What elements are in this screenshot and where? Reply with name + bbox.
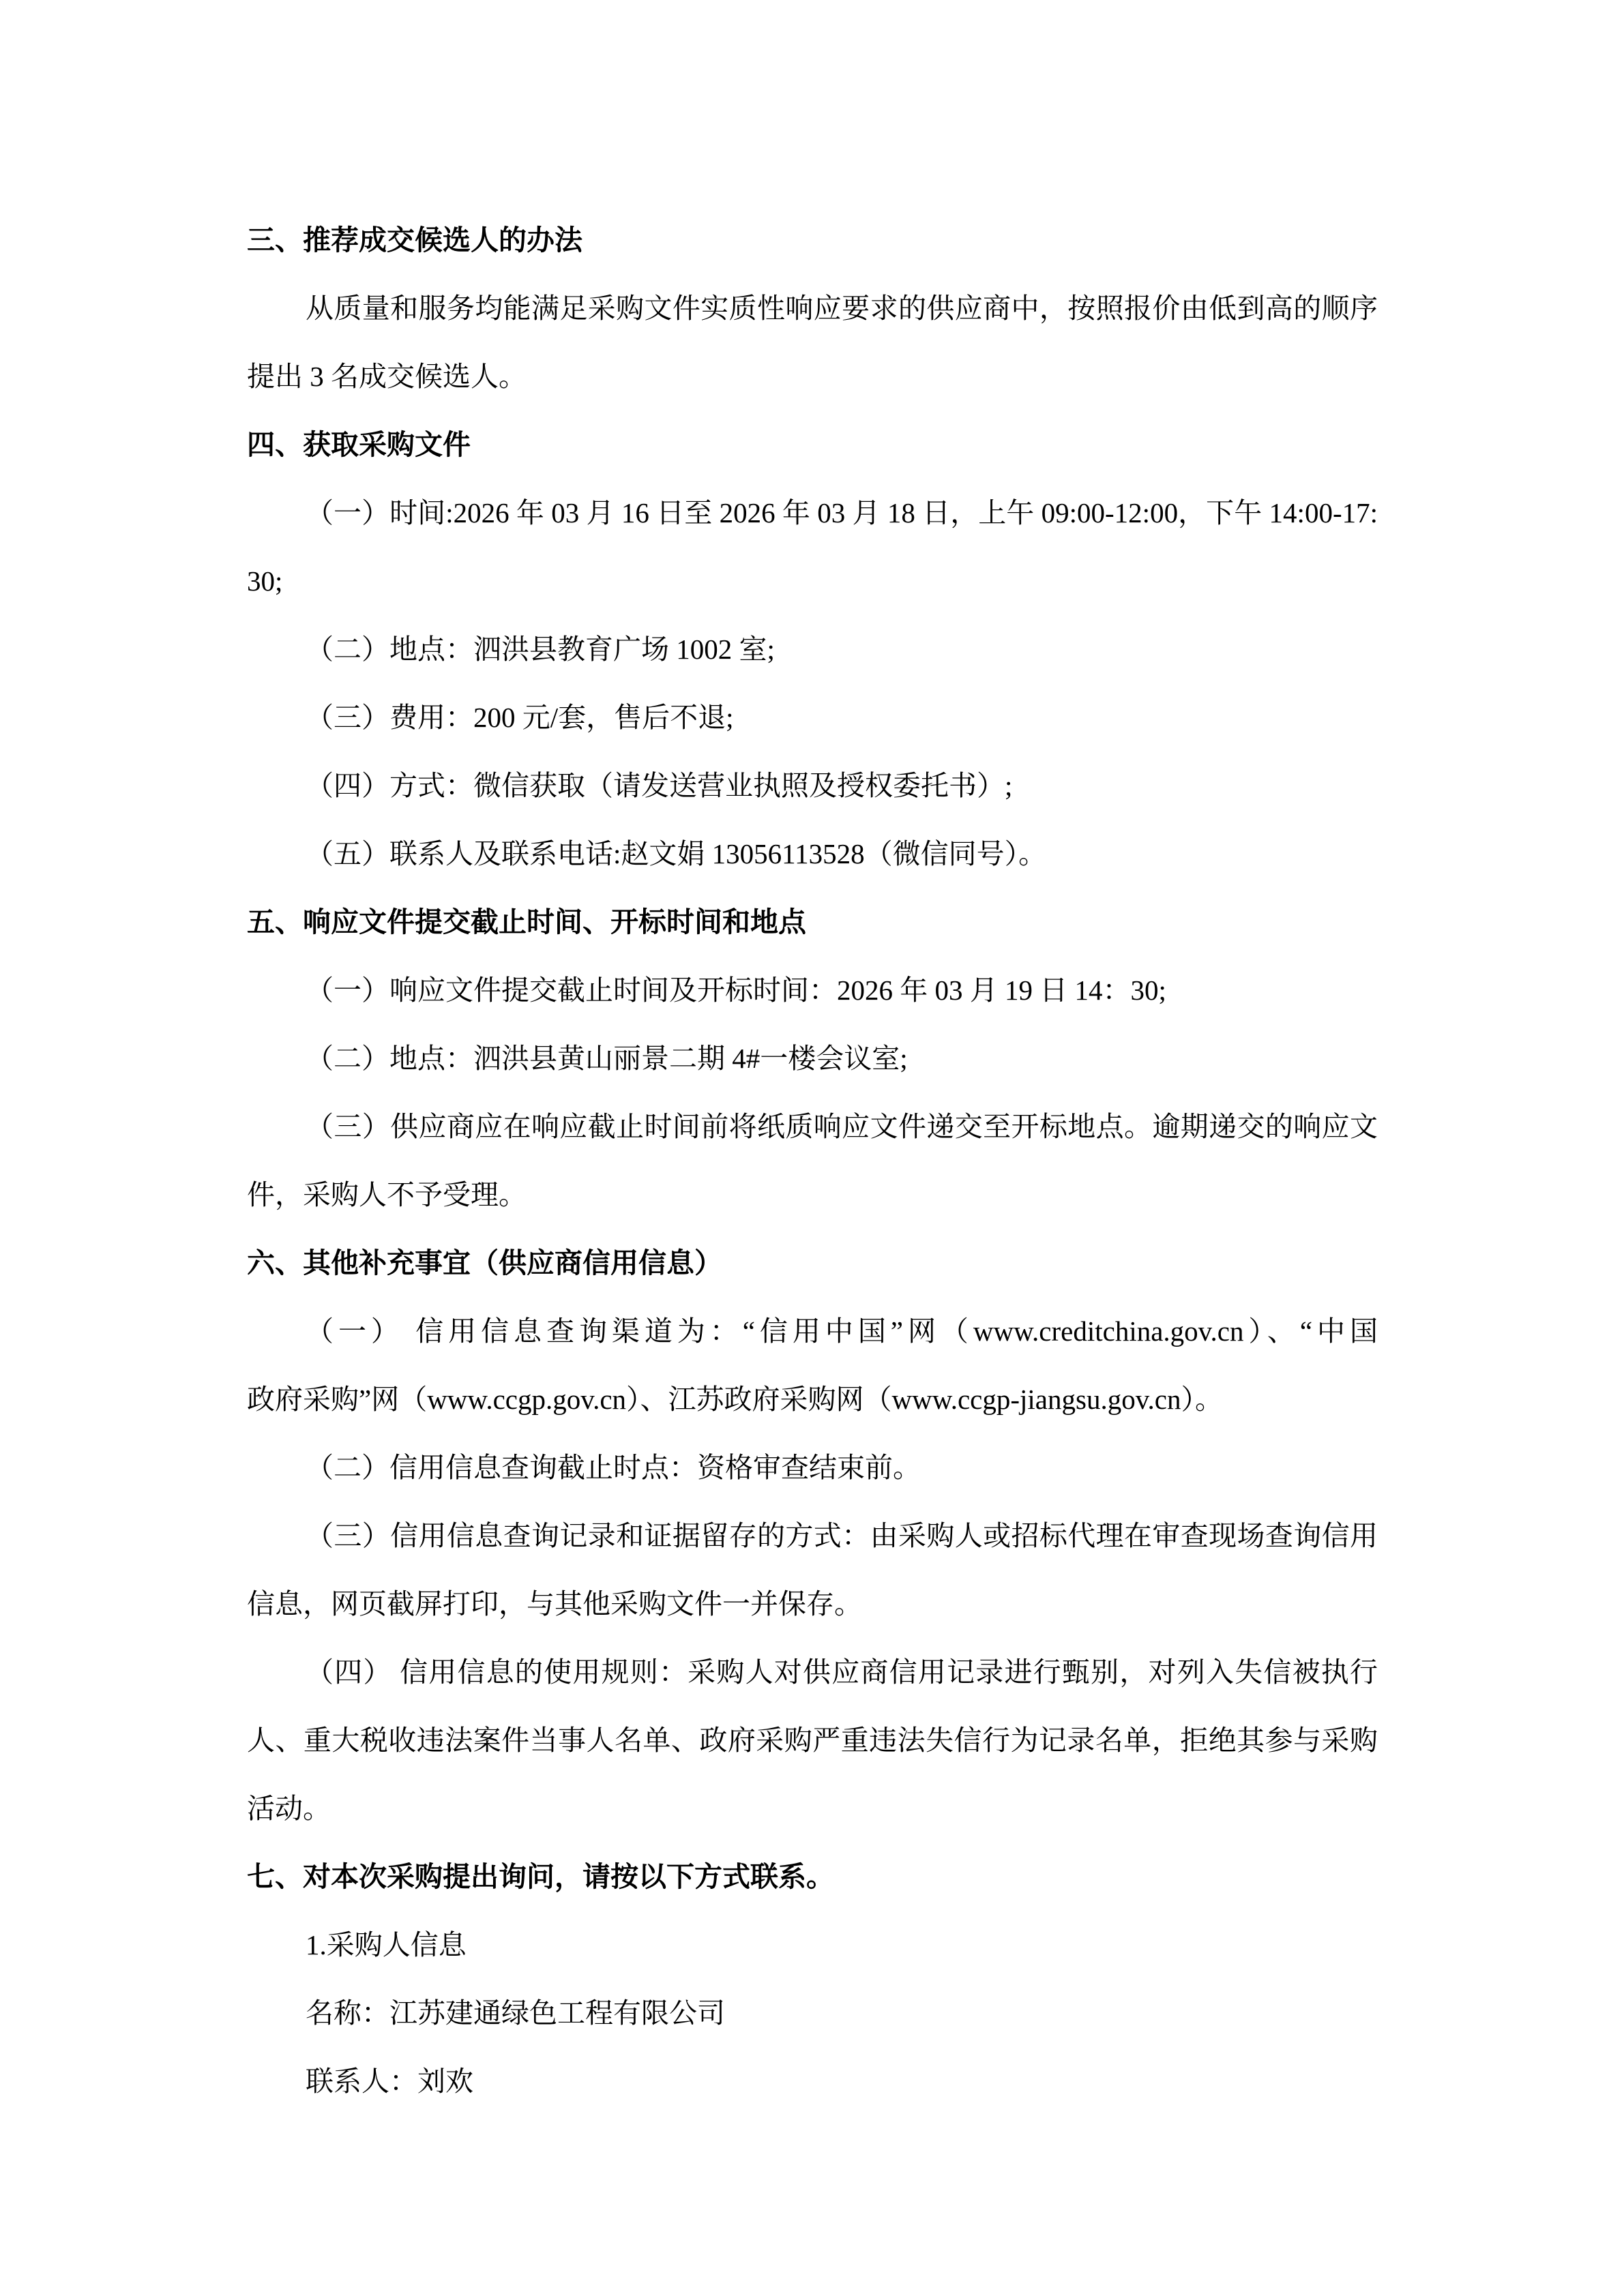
doc-line: （二）地点：泗洪县黄山丽景二期 4#一楼会议室;: [247, 1024, 1378, 1092]
doc-line: （四） 信用信息的使用规则：采购人对供应商信用记录进行甄别，对列入失信被执行: [247, 1638, 1378, 1706]
doc-line: 名称：江苏建通绿色工程有限公司: [247, 1979, 1378, 2047]
doc-line: 人、重大税收违法案件当事人名单、政府采购严重违法失信行为记录名单，拒绝其参与采购: [247, 1706, 1378, 1774]
doc-line: 提出 3 名成交候选人。: [247, 342, 1378, 411]
doc-line: （一） 信用信息查询渠道为：“信用中国”网（www.creditchina.go…: [247, 1297, 1378, 1365]
doc-line: （五）联系人及联系电话:赵文娟 13056113528（微信同号）。: [247, 820, 1378, 888]
doc-line: 活动。: [247, 1774, 1378, 1843]
doc-line: （二）地点：泗洪县教育广场 1002 室;: [247, 615, 1378, 683]
doc-line: 1.采购人信息: [247, 1911, 1378, 1979]
doc-line: （三）费用：200 元/套，售后不退;: [247, 683, 1378, 751]
section-heading: 四、获取采购文件: [247, 411, 1378, 479]
section-heading: 六、其他补充事宜（供应商信用信息）: [247, 1229, 1378, 1297]
doc-line: （二）信用信息查询截止时点：资格审查结束前。: [247, 1433, 1378, 1502]
doc-line: 从质量和服务均能满足采购文件实质性响应要求的供应商中，按照报价由低到高的顺序: [247, 274, 1378, 342]
document-page: 三、推荐成交候选人的办法从质量和服务均能满足采购文件实质性响应要求的供应商中，按…: [0, 0, 1624, 2296]
doc-line: （四）方式：微信获取（请发送营业执照及授权委托书）;: [247, 751, 1378, 820]
doc-line: （一）响应文件提交截止时间及开标时间：2026 年 03 月 19 日 14：3…: [247, 956, 1378, 1024]
doc-line: （三）信用信息查询记录和证据留存的方式：由采购人或招标代理在审查现场查询信用: [247, 1502, 1378, 1570]
section-heading: 三、推荐成交候选人的办法: [247, 206, 1378, 274]
doc-line: 件，采购人不予受理。: [247, 1161, 1378, 1229]
document-content: 三、推荐成交候选人的办法从质量和服务均能满足采购文件实质性响应要求的供应商中，按…: [247, 206, 1378, 2115]
section-heading: 五、响应文件提交截止时间、开标时间和地点: [247, 888, 1378, 956]
doc-line: （一）时间:2026 年 03 月 16 日至 2026 年 03 月 18 日…: [247, 479, 1378, 547]
doc-line: 30;: [247, 547, 1378, 615]
doc-line: 政府采购”网（www.ccgp.gov.cn）、江苏政府采购网（www.ccgp…: [247, 1365, 1378, 1433]
section-heading: 七、对本次采购提出询问，请按以下方式联系。: [247, 1843, 1378, 1911]
doc-line: （三）供应商应在响应截止时间前将纸质响应文件递交至开标地点。逾期递交的响应文: [247, 1092, 1378, 1161]
doc-line: 信息，网页截屏打印，与其他采购文件一并保存。: [247, 1570, 1378, 1638]
doc-line: 联系人：刘欢: [247, 2047, 1378, 2115]
